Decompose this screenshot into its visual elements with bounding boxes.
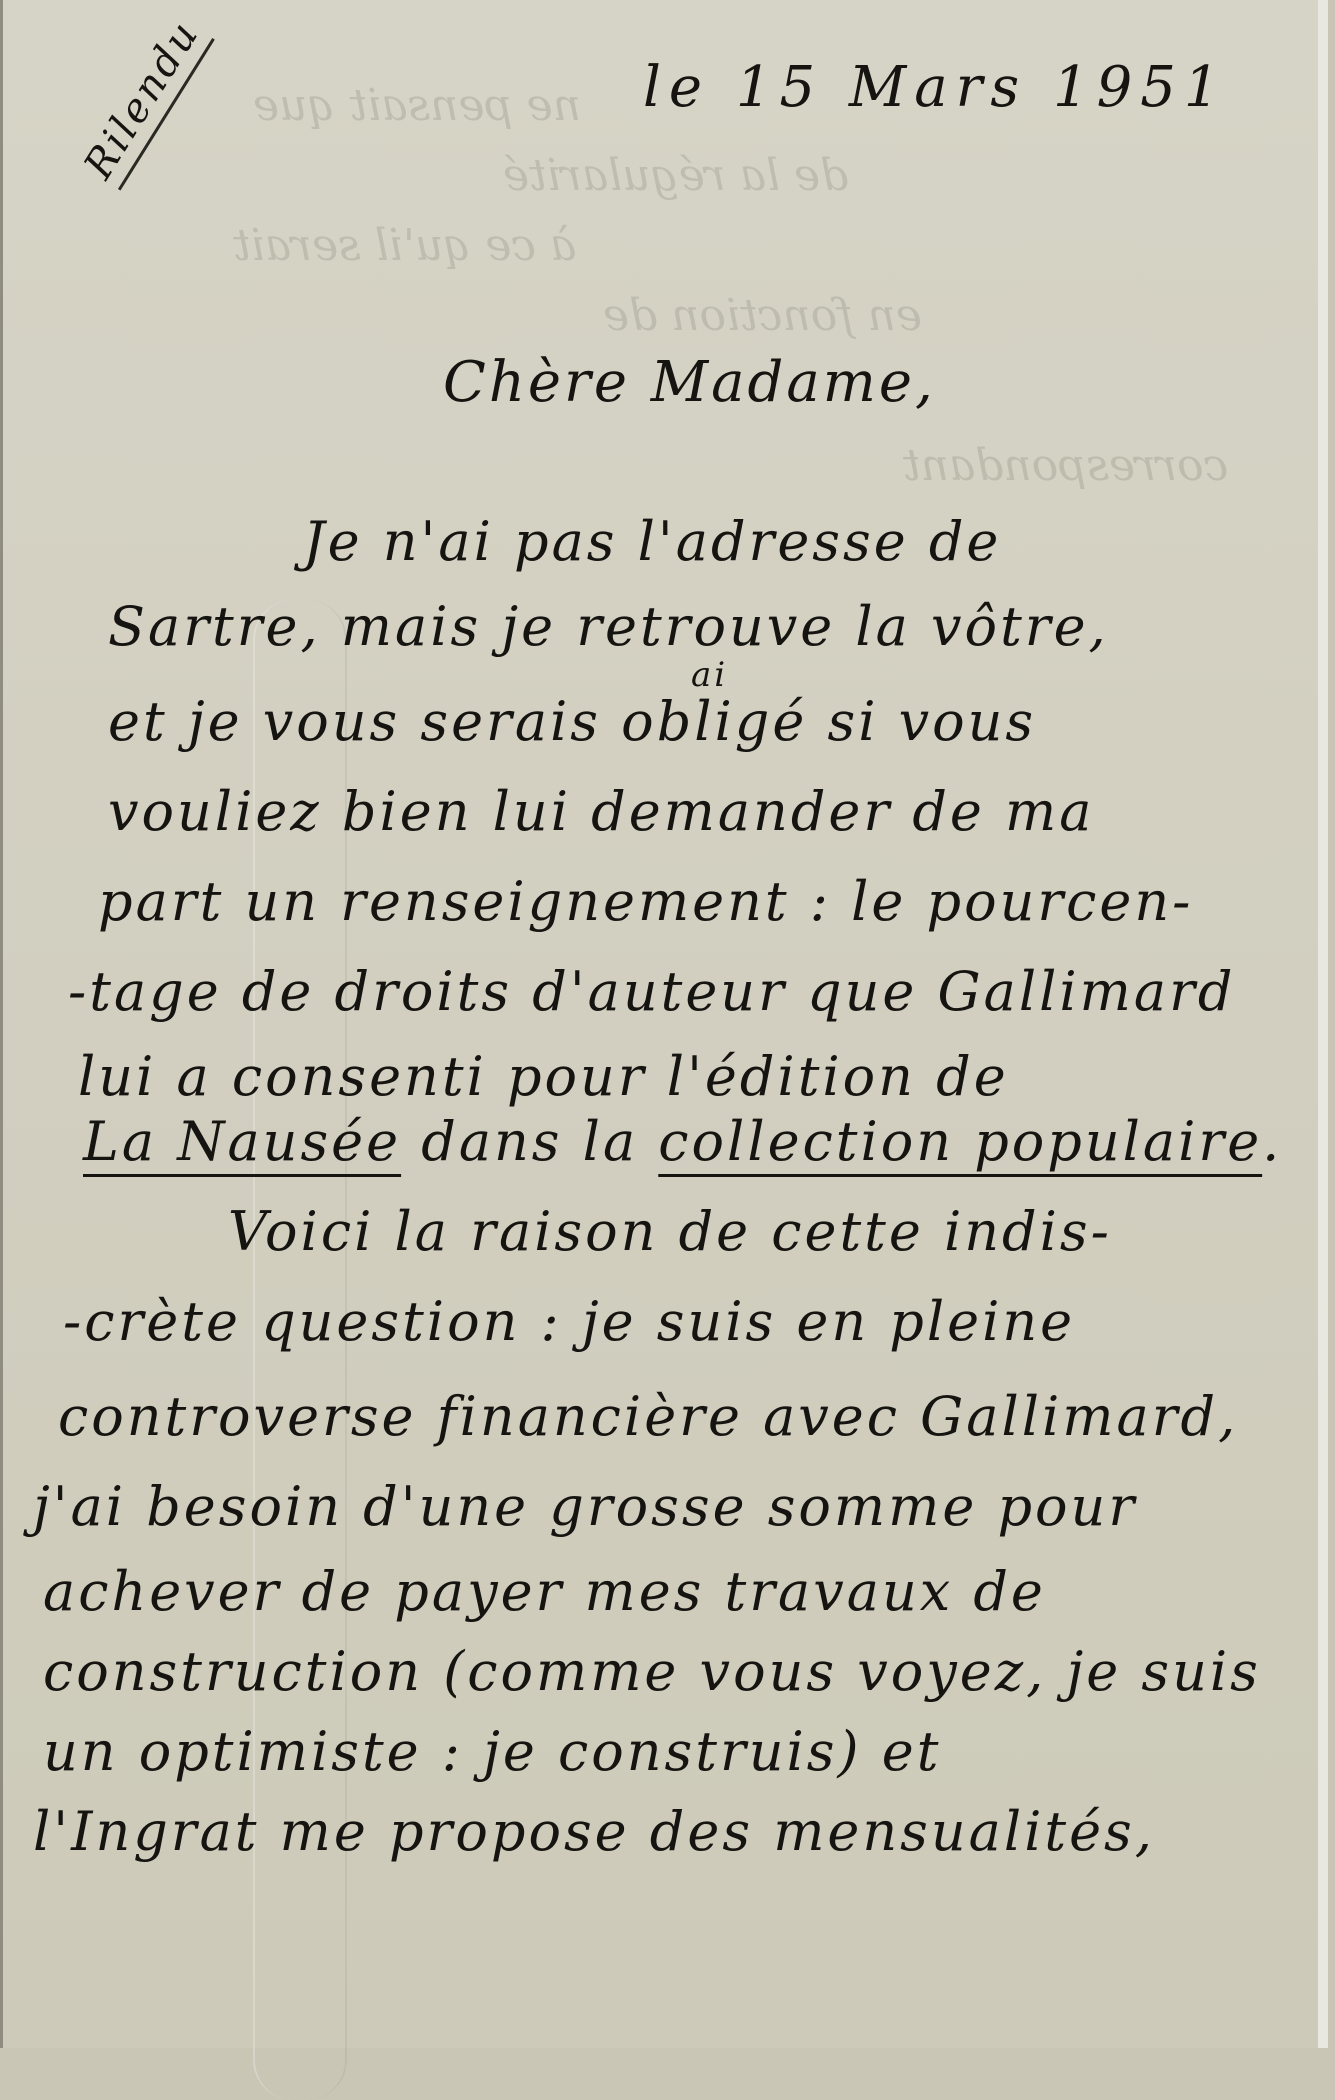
bleed-through-text: correspondant — [903, 440, 1228, 491]
body-line-12: j'ai besoin d'une grosse somme pour — [33, 1475, 1137, 1538]
letter-date: le 15 Mars 1951 — [643, 55, 1227, 120]
body-line-15: un optimiste : je construis) et — [43, 1720, 941, 1783]
bleed-through-text: ne pensait que — [253, 80, 581, 131]
salutation: Chère Madame, — [443, 350, 936, 415]
body-line-1: Je n'ai pas l'adresse de — [303, 510, 1001, 573]
body-line-3: et je vous serais obligé si vous — [108, 690, 1036, 753]
period: . — [1262, 1110, 1282, 1173]
body-line-5: part un renseignement : le pourcen- — [98, 870, 1193, 933]
bleed-through-text: à ce qu'il serait — [233, 220, 576, 271]
body-line-16: l'Ingrat me propose des mensualités, — [33, 1800, 1155, 1863]
underlined-collection-populaire: collection populaire — [658, 1110, 1262, 1173]
body-line-13: achever de payer mes travaux de — [43, 1560, 1046, 1623]
body-line-2: Sartre, mais je retrouve la vôtre, — [108, 595, 1109, 658]
body-line-11: controverse financière avec Gallimard, — [58, 1385, 1238, 1448]
body-line-7: lui a consenti pour l'édition de — [78, 1045, 1009, 1108]
body-line-10: -crète question : je suis en pleine — [63, 1290, 1075, 1353]
text-dans-la: dans la — [421, 1110, 658, 1173]
paper-edge — [1318, 0, 1328, 2048]
bleed-through-text: en fonction de — [603, 290, 922, 341]
body-line-6: -tage de droits d'auteur que Gallimard — [68, 960, 1235, 1023]
body-line-9: Voici la raison de cette indis- — [228, 1200, 1112, 1263]
body-line-8: La Nausée dans la collection populaire. — [83, 1110, 1282, 1173]
margin-annotation: Rilendu — [76, 12, 215, 191]
body-line-14: construction (comme vous voyez, je suis — [43, 1640, 1261, 1703]
letter-sheet: ne pensait que de la régularité à ce qu'… — [0, 0, 1328, 2048]
bleed-through-text: de la régularité — [503, 150, 848, 201]
interlinear-insertion: ai — [691, 655, 728, 695]
body-line-4: vouliez bien lui demander de ma — [108, 780, 1094, 843]
underlined-title-la-nausee: La Nausée — [83, 1110, 401, 1173]
